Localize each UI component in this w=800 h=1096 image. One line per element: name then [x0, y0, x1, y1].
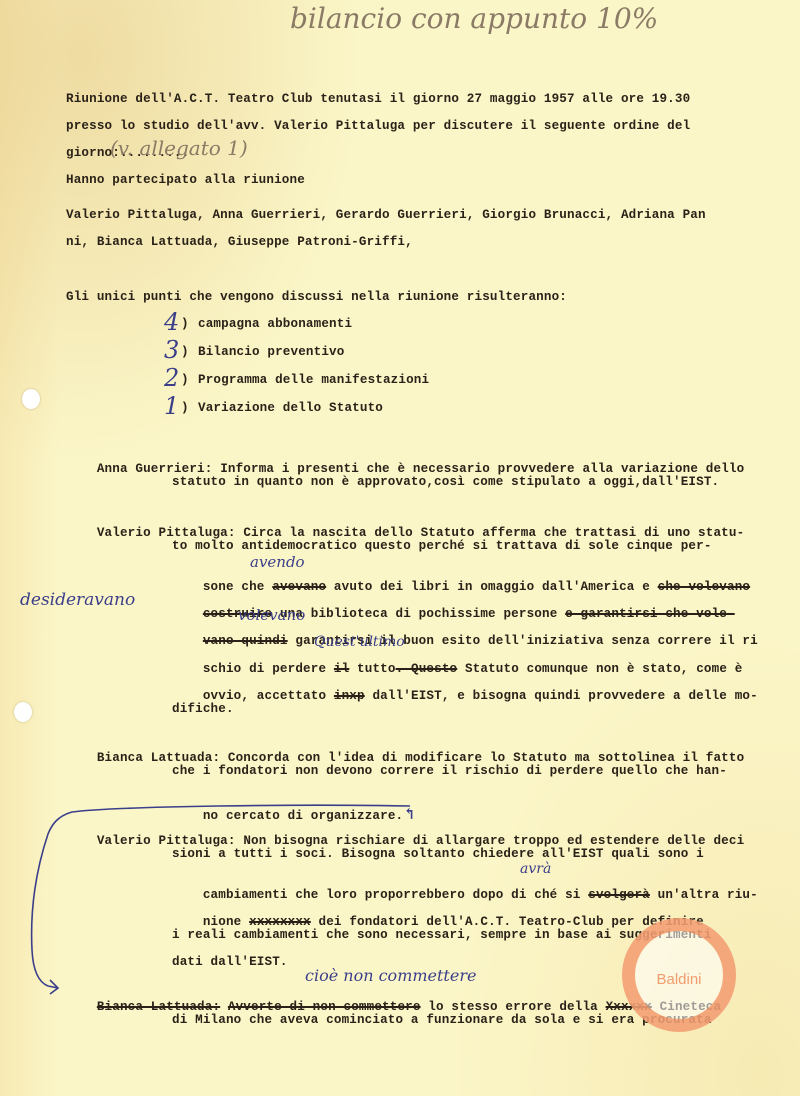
minute-text: Informa i presenti che è necessario prov… [220, 462, 744, 476]
agenda-label: Bilancio preventivo [198, 345, 344, 359]
struck-text: . Questo [396, 662, 458, 676]
minute-text: dati dall'EIST. [172, 955, 288, 969]
agenda-hand-number: 1 [164, 392, 179, 420]
agenda-intro: Gli unici punti che vengono discussi nel… [66, 290, 567, 304]
header-annotation: bilancio con appunto 10% [290, 2, 658, 35]
struck-text: e garantirsi che vole- [565, 607, 735, 621]
intro-line-1: Riunione dell'A.C.T. Teatro Club tenutas… [66, 92, 690, 106]
struck-text: vano quindi [203, 634, 288, 648]
agenda-label: Programma delle manifestazioni [198, 373, 429, 387]
minute-text: una biblioteca di pochissime persone [280, 607, 557, 621]
minute-text: i reali cambiamenti che sono necessari, … [172, 928, 712, 942]
minute-text: sone che [203, 580, 265, 594]
speaker-name: Bianca Lattuada: [97, 751, 220, 765]
speaker-name: Valerio Pittaluga: [97, 526, 236, 540]
participants-line-2: ni, Bianca Lattuada, Giuseppe Patroni-Gr… [66, 235, 413, 249]
minute-text: nione [203, 915, 242, 929]
punch-hole [14, 702, 32, 722]
minute-text: schio di perdere [203, 662, 326, 676]
stamp-label: Baldini [635, 971, 723, 988]
agenda-paren: ) [181, 345, 189, 359]
minute-text: difiche. [172, 702, 234, 716]
agenda-hand-number: 2 [164, 364, 179, 392]
minute-text: sioni a tutti i soci. Bisogna soltanto c… [172, 847, 704, 861]
agenda-label: campagna abbonamenti [198, 317, 352, 331]
agenda-label: Variazione dello Statuto [198, 401, 383, 415]
minute-text: tutto [357, 662, 396, 676]
minute-text: lo stesso errore della [428, 1000, 598, 1014]
baldini-stamp: Baldini [622, 918, 736, 1032]
minute-text: Concorda con l'idea di modificare lo Sta… [228, 751, 744, 765]
intro-line-4: Hanno partecipato alla riunione [66, 173, 305, 187]
minute-text: cambiamenti che loro proporrebbero dopo … [203, 888, 581, 902]
minute-text: di Milano che aveva cominciato a funzion… [172, 1013, 712, 1027]
struck-text: che volevano [658, 580, 751, 594]
minute-text: to molto antidemocratico questo perché s… [172, 539, 712, 553]
minute-text: dall'EIST, e bisogna quindi provvedere a… [372, 689, 757, 703]
speaker-name: Valerio Pittaluga: [97, 834, 236, 848]
agenda-paren: ) [181, 401, 189, 415]
struck-text: svolgerà [588, 888, 650, 902]
agenda-hand-number: 4 [164, 308, 179, 336]
participants-line-1: Valerio Pittaluga, Anna Guerrieri, Gerar… [66, 208, 706, 222]
allegato-annotation: (v. allegato 1) [110, 136, 248, 160]
minute-text: un'altra riu- [658, 888, 758, 902]
agenda-paren: ) [181, 373, 189, 387]
minute-text: che i fondatori non devono correre il ri… [172, 764, 727, 778]
struck-text: inxp [334, 689, 365, 703]
speaker-name: Anna Guerrieri: [97, 462, 213, 476]
minute-text: ovvio, accettato [203, 689, 326, 703]
minute-text: Statuto comunque non è stato, come è [465, 662, 742, 676]
struck-speaker-name: Bianca Lattuada: [97, 1000, 220, 1014]
agenda-hand-number: 3 [164, 336, 179, 364]
minute-text: avuto dei libri in omaggio dall'America … [334, 580, 650, 594]
struck-text: avevano [272, 580, 326, 594]
handwritten-insert: cioè non commettere [305, 966, 476, 985]
struck-text: xxxxxxxx [249, 915, 311, 929]
agenda-paren: ) [181, 317, 189, 331]
minute-text: Non bisogna rischiare di allargare tropp… [243, 834, 744, 848]
punch-hole [22, 389, 40, 409]
minute-text: Circa la nascita dello Statuto afferma c… [243, 526, 744, 540]
struck-text: Avverte di non commettere [228, 1000, 421, 1014]
margin-annotation: desideravano [20, 590, 135, 610]
intro-line-2: presso lo studio dell'avv. Valerio Pitta… [66, 119, 690, 133]
minute-text: statuto in quanto non è approvato,così c… [172, 475, 719, 489]
struck-text: il [334, 662, 349, 676]
